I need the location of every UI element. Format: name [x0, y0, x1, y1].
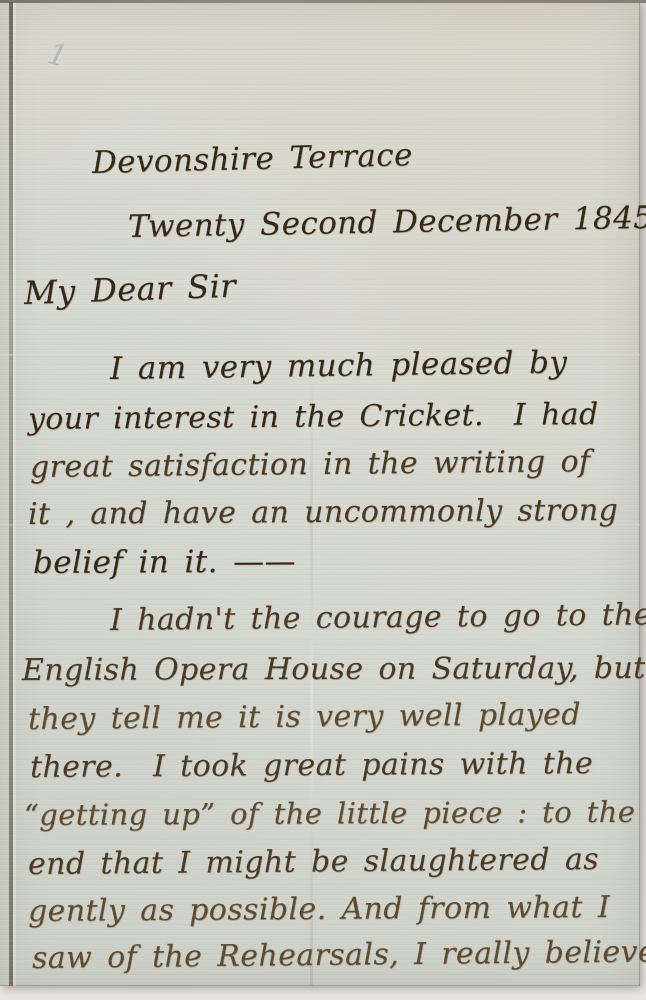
- letter-line: there. I took great pains with the: [30, 746, 593, 785]
- letter-line: it , and have an uncommonly strong: [28, 493, 618, 532]
- letter-line: belief in it. ——: [33, 544, 296, 581]
- letter-line: I am very much pleased by: [110, 345, 568, 387]
- letter-sheet: 1 Devonshire Terrace Twenty Second Decem…: [0, 2, 640, 986]
- address-line: Devonshire Terrace: [92, 137, 414, 181]
- letter-line: your interest in the Cricket. I had: [28, 397, 599, 437]
- scanned-letter-photo: 1 Devonshire Terrace Twenty Second Decem…: [0, 0, 646, 1000]
- letter-line: end that I might be slaughtered as: [28, 842, 599, 882]
- letter-line: gently as possible. And from what I: [28, 890, 610, 929]
- pencil-page-number: 1: [44, 36, 71, 75]
- scan-top-edge: [0, 0, 646, 3]
- date-line: Twenty Second December 1845.: [128, 200, 646, 245]
- letter-line: saw of the Rehearsals, I really believe: [32, 934, 646, 976]
- left-fold-highlight: [13, 2, 16, 986]
- letter-line: they tell me it is very well played: [28, 697, 581, 737]
- letter-line: “getting up” of the little piece : to th…: [24, 795, 636, 832]
- letter-line: English Opera House on Saturday, but: [22, 651, 646, 688]
- letter-line: great satisfaction in the writing of: [30, 444, 591, 485]
- salutation-line: My Dear Sir: [23, 267, 236, 312]
- letter-line: I hadn't the courage to go to the: [110, 597, 646, 638]
